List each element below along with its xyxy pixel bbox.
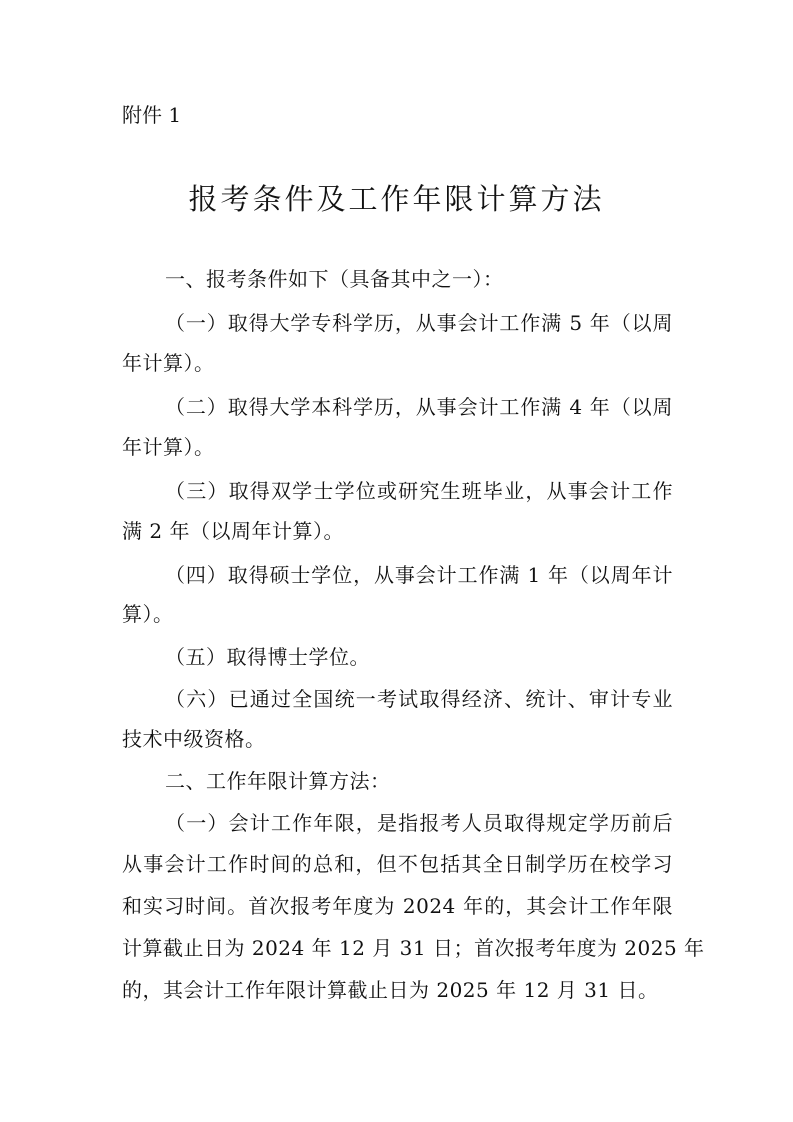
paragraph-line: 技术中级资格。 xyxy=(122,727,673,751)
paragraph-line: （一）取得大学专科学历，从事会计工作满 5 年（以周 xyxy=(165,311,673,335)
section-heading-1: 一、报考条件如下（具备其中之一）： xyxy=(165,267,673,291)
paragraph-line: 和实习时间。首次报考年度为 2024 年的，其会计工作年限 xyxy=(122,894,673,918)
attachment-label: 附件 1 xyxy=(122,103,181,127)
paragraph-line: （五）取得博士学位。 xyxy=(165,645,673,669)
paragraph-line: 满 2 年（以周年计算）。 xyxy=(122,519,673,543)
document-page: 附件 1 报考条件及工作年限计算方法 一、报考条件如下（具备其中之一）： （一）… xyxy=(0,0,793,1122)
paragraph-line: （二）取得大学本科学历，从事会计工作满 4 年（以周 xyxy=(165,395,673,419)
paragraph-line: （四）取得硕士学位，从事会计工作满 1 年（以周年计 xyxy=(165,563,673,587)
paragraph-line: 的，其会计工作年限计算截止日为 2025 年 12 月 31 日。 xyxy=(122,978,673,1002)
paragraph-line: 从事会计工作时间的总和，但不包括其全日制学历在校学习 xyxy=(122,852,673,876)
paragraph-line: 年计算）。 xyxy=(122,435,673,459)
paragraph-line: （一）会计工作年限，是指报考人员取得规定学历前后 xyxy=(165,811,673,835)
paragraph-line: 算）。 xyxy=(122,602,673,626)
paragraph-line: 年计算）。 xyxy=(122,351,673,375)
paragraph-line: 计算截止日为 2024 年 12 月 31 日；首次报考年度为 2025 年 xyxy=(122,936,673,960)
paragraph-line: （六）已通过全国统一考试取得经济、统计、审计专业 xyxy=(165,687,673,711)
section-heading-2: 二、工作年限计算方法： xyxy=(165,769,673,793)
document-title: 报考条件及工作年限计算方法 xyxy=(0,181,793,217)
paragraph-line: （三）取得双学士学位或研究生班毕业，从事会计工作 xyxy=(165,479,673,503)
